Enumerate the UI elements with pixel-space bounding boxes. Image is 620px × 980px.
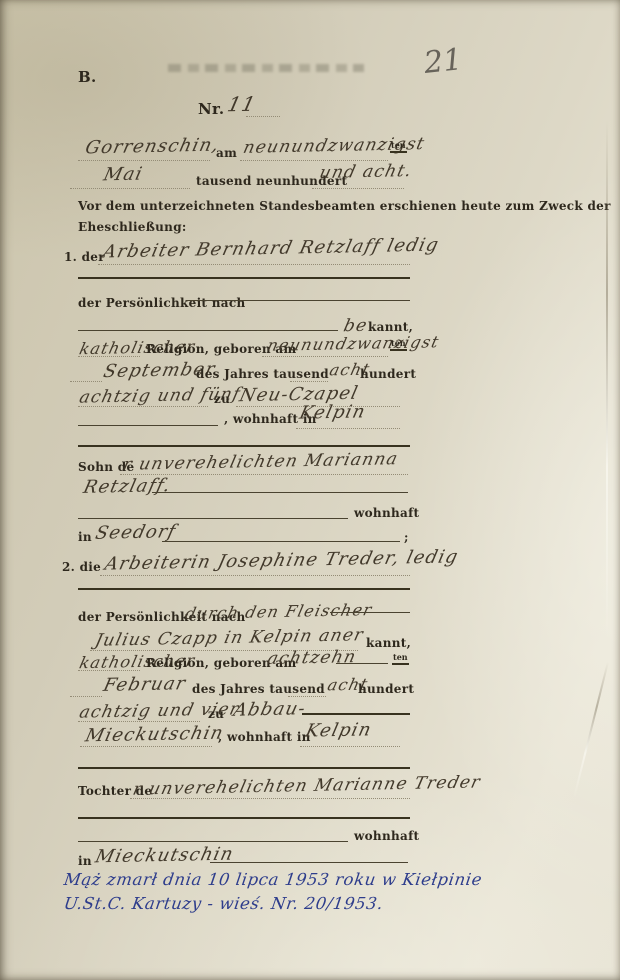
- divider-rule-1: [78, 445, 410, 447]
- person1-persoenlichkeit-rule: [186, 300, 410, 301]
- person2-parent-line: [130, 798, 410, 799]
- person2-year2-line: [78, 721, 200, 722]
- person1-wohnhaft2-rule: [78, 518, 348, 519]
- person2-blank-rule: [78, 588, 410, 590]
- person1-residence-line: [296, 428, 400, 429]
- person1-year2-line: [78, 406, 208, 407]
- person2-birthplace1-entry: Abbau-: [231, 698, 308, 720]
- person2-in-label: in: [78, 854, 92, 868]
- person2-month-lead-line: [70, 696, 102, 697]
- person2-wohnhaft2-rule: [78, 841, 348, 842]
- person2-known-print: kannt,: [366, 636, 411, 650]
- person2-residence-entry: Kelpin: [303, 719, 374, 741]
- person1-religion-line: [78, 356, 140, 357]
- person1-index: 1. der: [64, 250, 105, 264]
- person2-residence-line: [300, 746, 400, 747]
- record-number-value: 11: [225, 92, 258, 117]
- record-number-label: Nr.: [198, 100, 224, 118]
- place-entry: Gorrenschin,: [83, 135, 222, 159]
- day-line: [240, 160, 388, 161]
- divider-rule-3: [78, 817, 410, 819]
- person1-yearlabel: des Jahres tausend: [196, 367, 329, 381]
- death-note-line1: Mąż zmarł dnia 10 lipca 1953 roku w Kieł…: [63, 870, 484, 889]
- person2-name: Arbeiterin Josephine Treder, ledig: [103, 546, 461, 574]
- person2-birthday-suffix: ten: [392, 652, 409, 665]
- person1-parent-entry2: Retzlaff.: [81, 475, 173, 498]
- person1-zu-label: zu: [214, 392, 230, 406]
- year-line: [312, 188, 404, 189]
- person2-birthmonth-entry: Februar: [101, 673, 188, 696]
- person2-wohnhaft2-label: wohnhaft: [354, 829, 419, 843]
- person1-wohnhaft-lead-rule: [78, 425, 218, 426]
- person2-parent-entry: r unverehelichten Marianne Treder: [131, 772, 483, 799]
- person2-birthday-entry: achtzehn: [265, 647, 358, 669]
- person1-parent-residence-rule: [162, 541, 400, 542]
- person1-year-gap-line: [290, 381, 328, 382]
- person2-birthplace-rule: [302, 713, 410, 715]
- person1-known-rule: [78, 330, 338, 331]
- ink-bleedthrough: [168, 64, 364, 72]
- death-note-line2: U.St.C. Kartuzy - wieś. Nr. 20/1953.: [63, 894, 385, 913]
- person1-birthday-suffix: ten: [390, 338, 407, 351]
- person1-semicolon: ;: [404, 530, 409, 544]
- person2-recognized-rule: [330, 612, 410, 613]
- am-label: am: [216, 146, 237, 160]
- record-number-line: [246, 116, 280, 117]
- person1-persoenlichkeit-label: der Persönlichkeit nach: [78, 296, 245, 310]
- person2-birthplace2-entry: Mieckutschin: [83, 723, 226, 747]
- intro-line1: Vor dem unterzeichneten Standesbeamten e…: [78, 199, 438, 213]
- person2-hundert-label: hundert: [358, 682, 414, 696]
- person2-parent-residence: Mieckutschin: [93, 844, 236, 868]
- person1-name-line: [98, 264, 410, 265]
- person1-birthday-entry: neunundzwanzigst: [265, 332, 441, 355]
- form-letter: B.: [78, 68, 97, 86]
- person2-parent-residence-rule: [210, 862, 408, 863]
- scanned-registry-page: B. 21 Nr. 11 Gorrenschin, am neunundzwan…: [0, 0, 620, 980]
- person2-birthplace2-line: [80, 746, 212, 747]
- page-edge-crease: [606, 120, 608, 640]
- person2-yearlabel: des Jahres tausend: [192, 682, 325, 696]
- person1-hundert-label: hundert: [360, 367, 416, 381]
- person2-index: 2. die: [62, 560, 101, 574]
- place-line: [78, 160, 210, 161]
- person1-known-print: kannt,: [368, 320, 413, 334]
- corner-crease: [573, 662, 609, 798]
- person1-in-label: in: [78, 530, 92, 544]
- intro-line2: Eheschließung:: [78, 220, 187, 234]
- month-line: [70, 188, 190, 189]
- person1-residence-entry: Kelpin: [297, 401, 368, 423]
- person2-birthday-rule: [336, 663, 388, 664]
- divider-rule-2: [78, 767, 410, 769]
- person2-wohnhaft-label: , wohnhaft in: [218, 730, 311, 744]
- person1-name: Arbeiter Bernhard Retzlaff ledig: [101, 235, 442, 263]
- person1-month-lead-line: [70, 381, 102, 382]
- month-entry: Mai: [102, 164, 146, 186]
- person1-wohnhaft2-label: wohnhaft: [354, 506, 419, 520]
- person1-parent-rule: [152, 492, 408, 493]
- person2-year-gap-line: [288, 696, 326, 697]
- pencil-archive-number: 21: [422, 42, 464, 81]
- year-entry: und acht.: [317, 161, 414, 183]
- person2-zu-label: zu: [208, 707, 224, 721]
- day-suffix: ten: [390, 140, 407, 153]
- person2-religion-line: [78, 670, 140, 671]
- person1-parent-entry: r unverehelichten Marianna: [121, 449, 400, 475]
- person1-blank-rule: [78, 277, 410, 279]
- person2-name-line: [100, 575, 410, 576]
- person1-birthday-line: [262, 356, 388, 357]
